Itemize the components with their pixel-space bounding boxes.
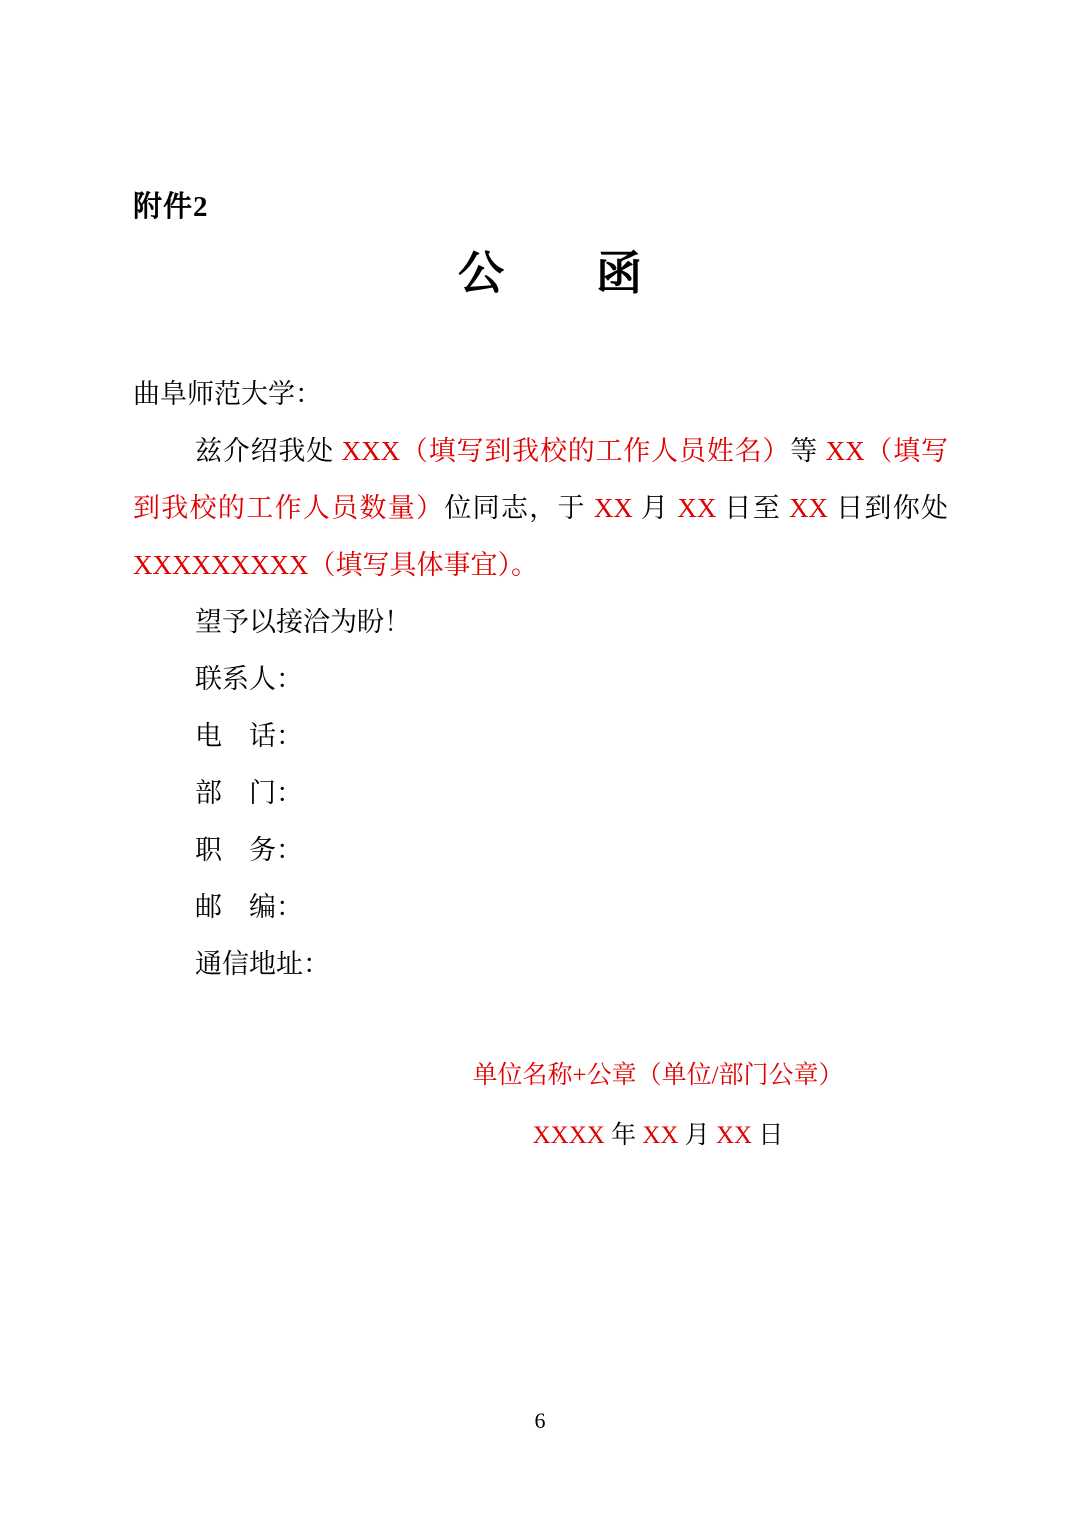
text-run: 等: [790, 436, 825, 466]
text-run: XX: [594, 493, 633, 523]
document-title: 公 函: [0, 244, 1080, 304]
paragraph-line-3: XXXXXXXXX（填写具体事宜）。: [133, 537, 948, 594]
page-number: 6: [0, 1406, 1080, 1436]
text-run: XXXX: [533, 1122, 605, 1149]
closing-line: 望予以接洽为盼！: [133, 594, 948, 651]
paragraph-line-1: 兹介绍我处 XXX（填写到我校的工作人员姓名）等 XX（填写: [133, 423, 948, 480]
paragraph-line-2: 到我校的工作人员数量）位同志，于 XX 月 XX 日至 XX 日到你处: [133, 480, 948, 537]
text-run: XXXXXXXXX（填写具体事宜）。: [133, 550, 538, 580]
signature-block: 单位名称+公章（单位/部门公章） XXXX 年 XX 月 XX 日: [133, 1046, 948, 1166]
contact-line-postcode: 邮 编：: [133, 879, 948, 936]
signature-unit-line: 单位名称+公章（单位/部门公章）: [368, 1046, 948, 1106]
salutation-line: 曲阜师范大学：: [133, 366, 948, 423]
text-run: 兹介绍我处: [195, 436, 342, 466]
text-run: 日至: [716, 493, 789, 523]
text-run: 月: [633, 493, 677, 523]
contact-line-position: 职 务：: [133, 822, 948, 879]
document-page: 附件2 公 函 曲阜师范大学： 兹介绍我处 XXX（填写到我校的工作人员姓名）等…: [0, 0, 1080, 1527]
contact-line-phone: 电 话：: [133, 708, 948, 765]
text-run: XXX（填写到我校的工作人员姓名）: [342, 436, 791, 466]
text-run: 年: [605, 1122, 643, 1149]
text-run: 日到你处: [828, 493, 948, 523]
letter-body: 曲阜师范大学： 兹介绍我处 XXX（填写到我校的工作人员姓名）等 XX（填写 到…: [133, 366, 948, 993]
signature-date-line: XXXX 年 XX 月 XX 日: [368, 1106, 948, 1166]
text-run: 月: [678, 1122, 716, 1149]
text-run: 单位名称+公章（单位/部门公章）: [472, 1062, 843, 1089]
text-run: 位同志，于: [444, 493, 594, 523]
attachment-label: 附件2: [133, 188, 209, 226]
text-run: 日: [752, 1122, 783, 1149]
text-run: XX: [677, 493, 716, 523]
text-run: XX: [716, 1122, 752, 1149]
text-run: XX（填写: [826, 436, 948, 466]
text-run: 到我校的工作人员数量）: [133, 493, 444, 523]
contact-line-department: 部 门：: [133, 765, 948, 822]
contact-line-address: 通信地址：: [133, 936, 948, 993]
contact-line-person: 联系人：: [133, 651, 948, 708]
text-run: XX: [789, 493, 828, 523]
text-run: XX: [642, 1122, 678, 1149]
